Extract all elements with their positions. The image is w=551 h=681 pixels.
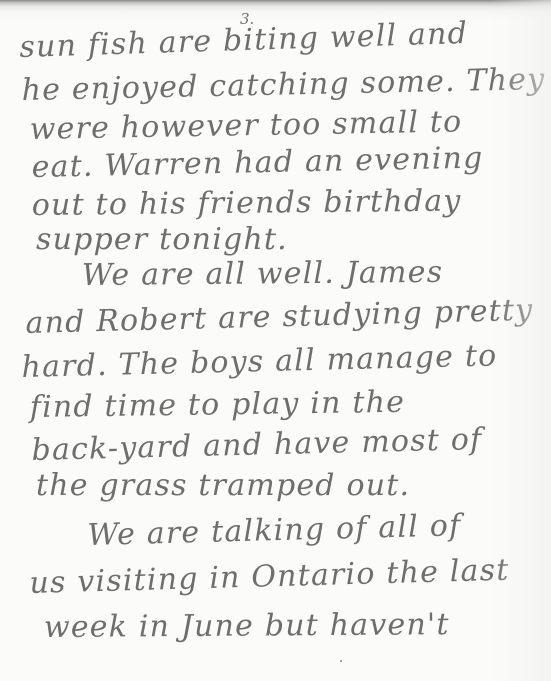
text-line: We are all well. James bbox=[82, 255, 444, 293]
text-line: find time to play in the bbox=[30, 385, 406, 425]
text-line: out to his friends birthday bbox=[32, 184, 462, 223]
text-line: he enjoyed catching some. They bbox=[21, 62, 545, 108]
text-line: eat. Warren had an evening bbox=[31, 141, 484, 185]
text-line: back-yard and have most of bbox=[31, 422, 483, 468]
text-line: week in June but haven't bbox=[44, 607, 450, 645]
ink-speck bbox=[340, 660, 342, 662]
ink-speck bbox=[212, 210, 214, 212]
text-line: supper tonight. bbox=[36, 222, 288, 257]
text-line: We are talking of all of bbox=[87, 508, 462, 553]
text-line: and Robert are studying pretty bbox=[25, 293, 534, 341]
text-line: were however too small to bbox=[29, 104, 462, 147]
text-line: us visiting in Ontario the last bbox=[29, 553, 510, 601]
letter-page: 3. sun fish are biting well and he enjoy… bbox=[0, 0, 551, 681]
text-line: the grass tramped out. bbox=[36, 468, 410, 503]
text-line: hard. The boys all manage to bbox=[21, 338, 498, 385]
text-line: sun fish are biting well and bbox=[19, 14, 520, 65]
